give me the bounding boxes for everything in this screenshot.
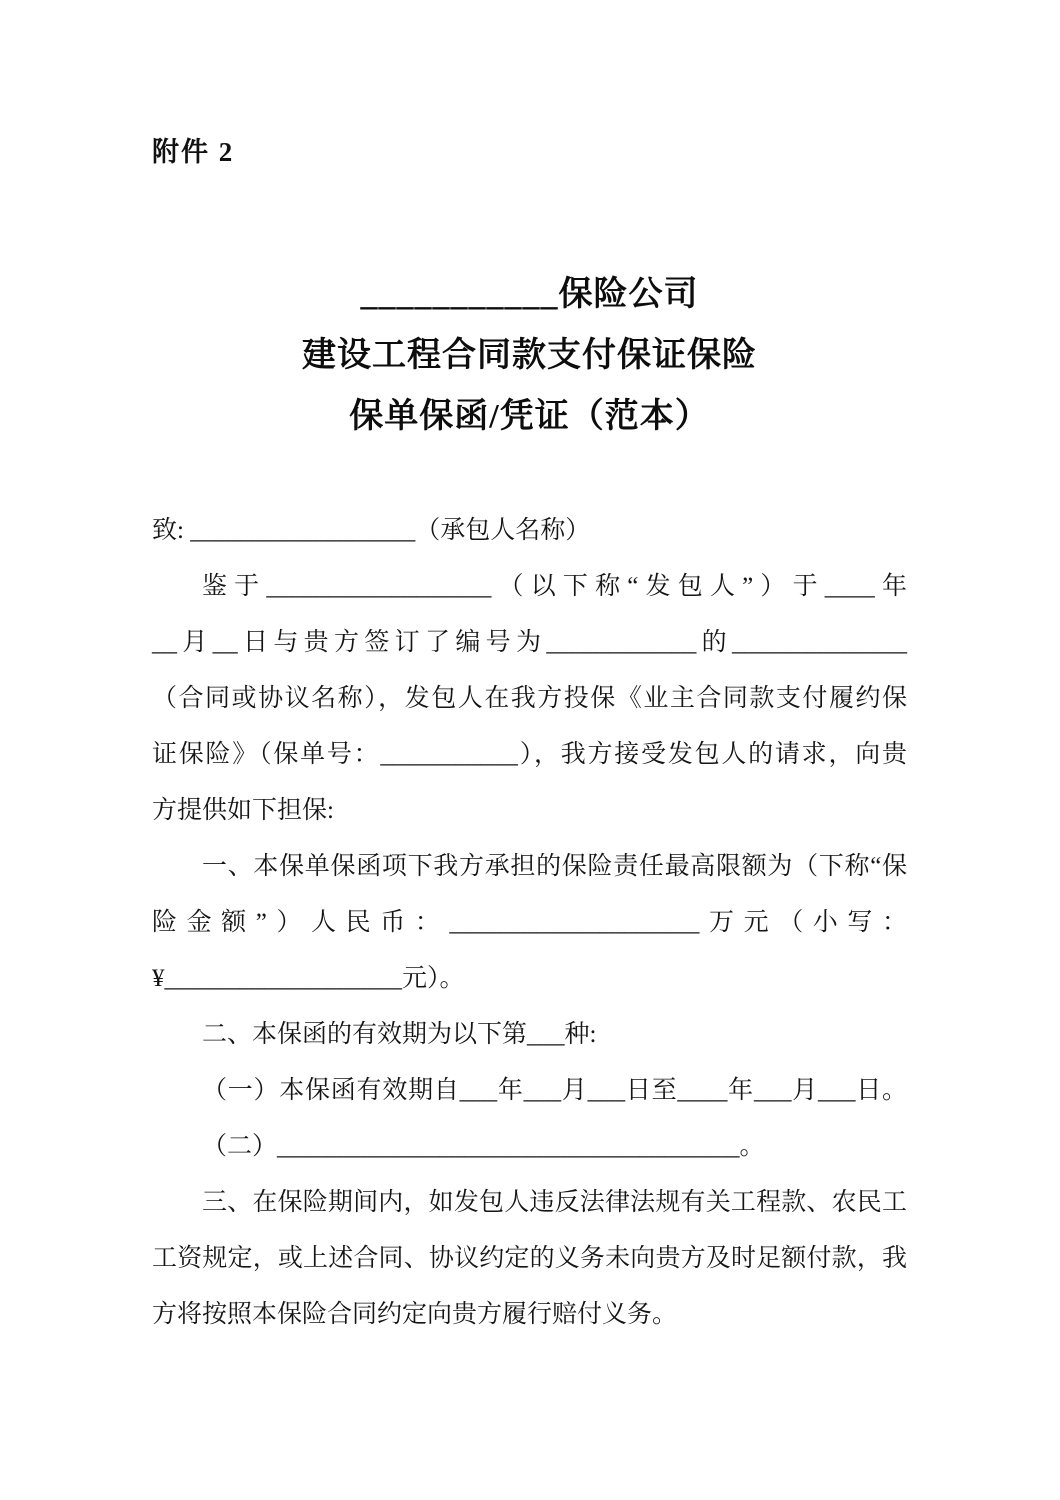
- whereas-line-3: （合同或协议名称），发包人在我方投保《业主合同款支付履约保: [152, 671, 907, 727]
- title-sub-line: 保单保函/凭证（范本）: [152, 386, 907, 447]
- clause-1-line-3: ¥___________________元）。: [152, 951, 907, 1007]
- clause-2-line-1: 二、本保函的有效期为以下第___种:: [152, 1007, 907, 1063]
- addressee-line: 致: __________________（承包人名称）: [152, 503, 907, 559]
- document-page: 附件 2 ___________保险公司 建设工程合同款支付保证保险 保单保函/…: [0, 0, 1060, 1500]
- clause-1-line-2: 险金额”）人民币：____________________万元（小写：: [152, 895, 907, 951]
- attachment-label: 附件 2: [152, 138, 907, 166]
- whereas-line-5: 方提供如下担保:: [152, 783, 907, 839]
- title-main-line: 建设工程合同款支付保证保险: [152, 325, 907, 386]
- title-company-line: ___________保险公司: [152, 264, 907, 325]
- clause-1-line-1: 一、本保单保函项下我方承担的保险责任最高限额为（下称“保: [152, 839, 907, 895]
- clause-2-option-1: （一）本保函有效期自___年___月___日至____年___月___日。: [152, 1063, 907, 1119]
- clause-3-line-3: 方将按照本保险合同约定向贵方履行赔付义务。: [152, 1287, 907, 1343]
- clause-3-line-2: 工资规定，或上述合同、协议约定的义务未向贵方及时足额付款，我: [152, 1231, 907, 1287]
- clause-3-line-1: 三、在保险期间内，如发包人违反法律法规有关工程款、农民工: [152, 1175, 907, 1231]
- whereas-line-4: 证保险》（保单号：___________），我方接受发包人的请求，向贵: [152, 727, 907, 783]
- whereas-line-2: __月__日与贵方签订了编号为____________的____________…: [152, 615, 907, 671]
- whereas-line-1: 鉴于__________________（以下称“发包人”）于____年: [152, 559, 907, 615]
- document-body: 致: __________________（承包人名称） 鉴于_________…: [152, 503, 907, 1343]
- document-title: ___________保险公司 建设工程合同款支付保证保险 保单保函/凭证（范本…: [152, 264, 907, 447]
- clause-2-option-2: （二）_____________________________________…: [152, 1119, 907, 1175]
